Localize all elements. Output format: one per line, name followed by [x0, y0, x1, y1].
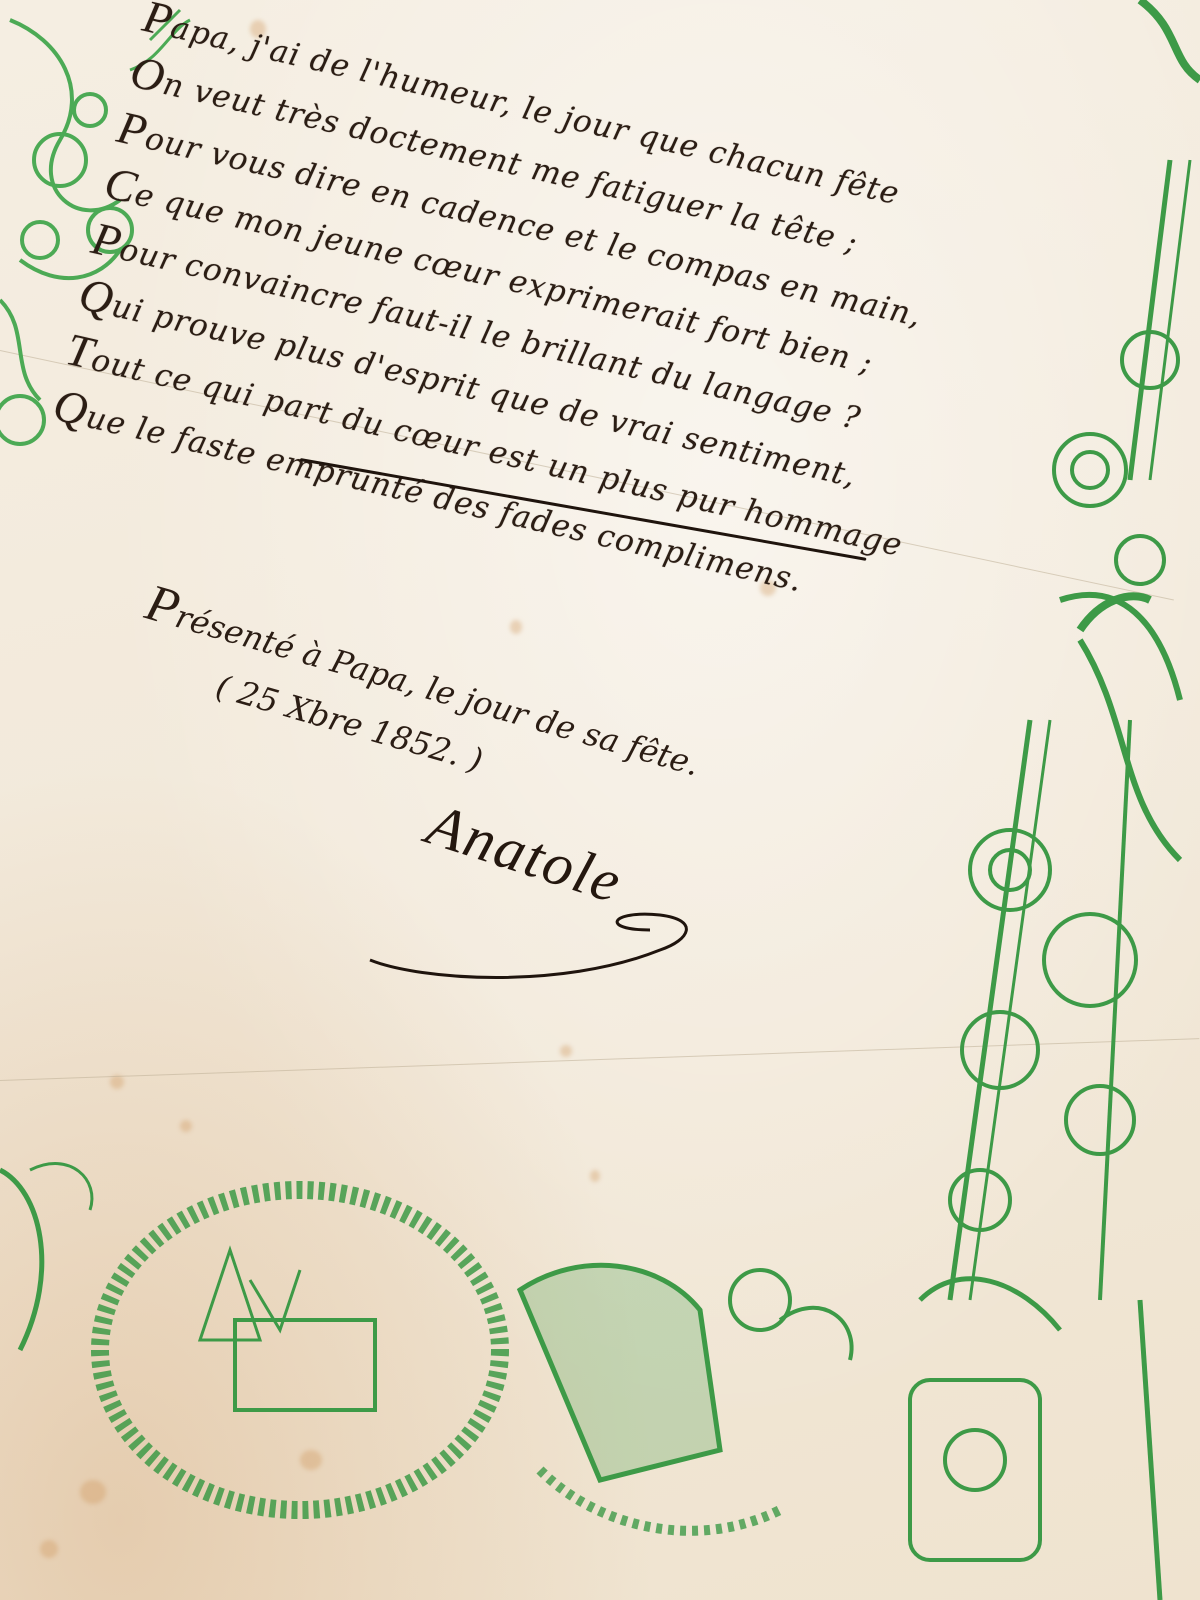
- foxing-spot: [510, 620, 522, 634]
- dedication: Présenté à Papa, le jour de sa fête. ( 2…: [123, 575, 708, 846]
- document-photo: Papa, j'ai de l'humeur, le jour que chac…: [0, 0, 1200, 1600]
- signature-flourish: [360, 900, 720, 1000]
- foxing-spot: [560, 1045, 572, 1057]
- foxing-spot: [110, 1075, 124, 1089]
- foxing-spot: [180, 1120, 192, 1132]
- ornament-bottom-vignette: [0, 1150, 900, 1600]
